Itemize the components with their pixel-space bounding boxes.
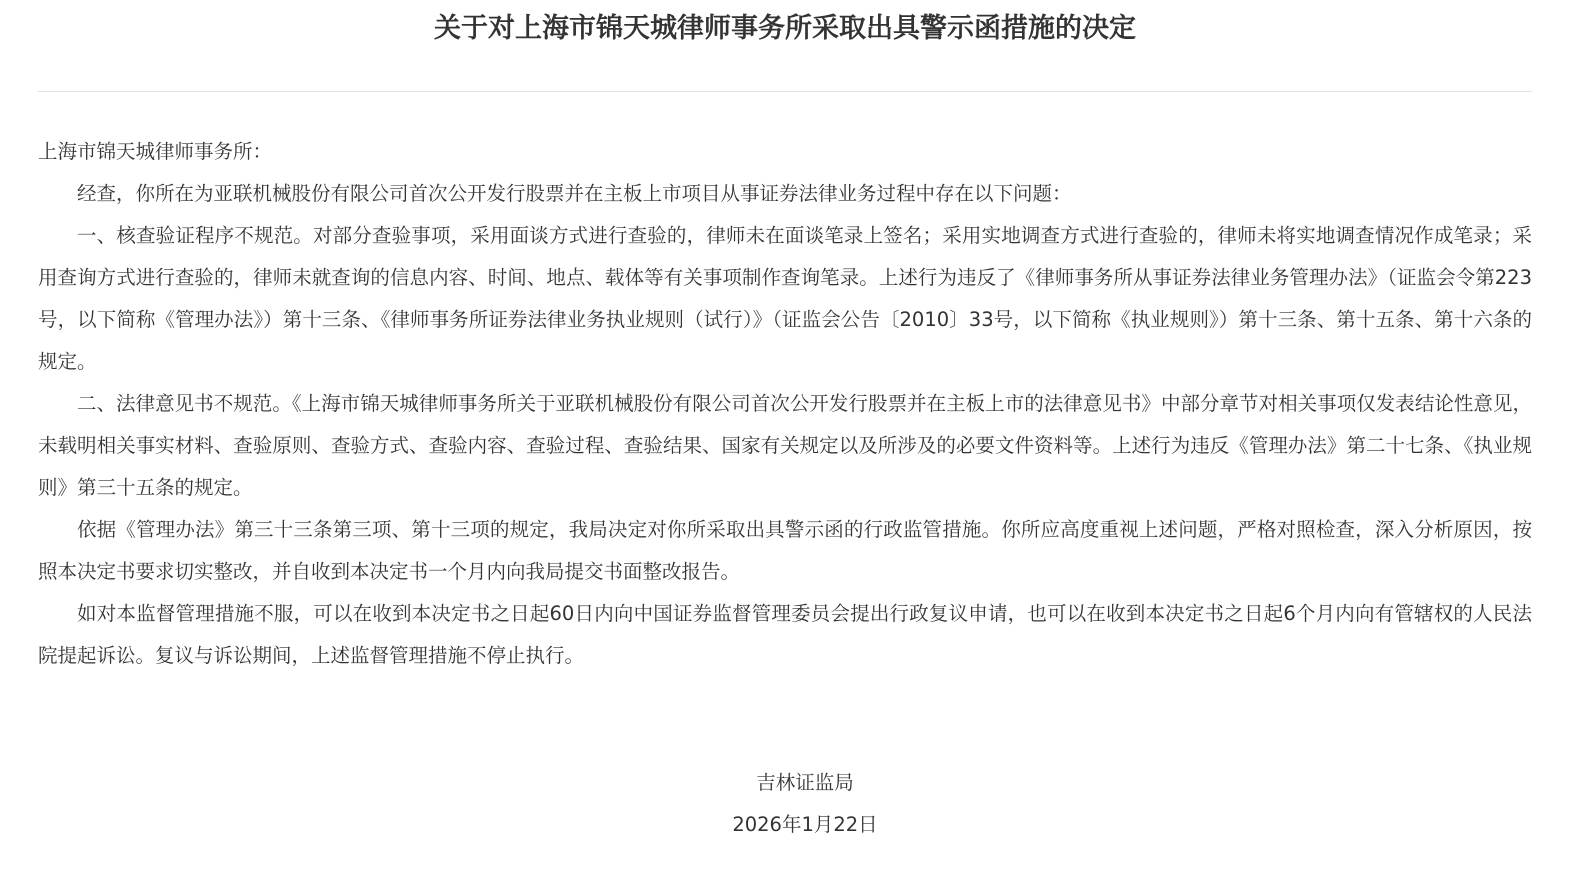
paragraph-decision: 依据《管理办法》第三十三条第三项、第十三项的规定，我局决定对你所采取出具警示函的…: [38, 509, 1532, 593]
issuer-name: 吉林证监局: [38, 762, 1572, 804]
title-divider: [38, 91, 1532, 92]
document-page: 关于对上海市锦天城律师事务所采取出具警示函措施的决定 上海市锦天城律师事务所： …: [38, 0, 1532, 49]
addressee: 上海市锦天城律师事务所：: [38, 131, 1532, 173]
document-title: 关于对上海市锦天城律师事务所采取出具警示函措施的决定: [38, 0, 1532, 49]
issue-date: 2026年1月22日: [38, 804, 1572, 846]
signature-block: 吉林证监局 2026年1月22日: [38, 762, 1572, 846]
paragraph-intro: 经查，你所在为亚联机械股份有限公司首次公开发行股票并在主板上市项目从事证券法律业…: [38, 173, 1532, 215]
paragraph-issue-2: 二、法律意见书不规范。《上海市锦天城律师事务所关于亚联机械股份有限公司首次公开发…: [38, 383, 1532, 509]
paragraph-appeal: 如对本监督管理措施不服，可以在收到本决定书之日起60日内向中国证券监督管理委员会…: [38, 593, 1532, 677]
paragraph-issue-1: 一、核查验证程序不规范。对部分查验事项，采用面谈方式进行查验的，律师未在面谈笔录…: [38, 215, 1532, 383]
document-body: 上海市锦天城律师事务所： 经查，你所在为亚联机械股份有限公司首次公开发行股票并在…: [38, 131, 1532, 677]
